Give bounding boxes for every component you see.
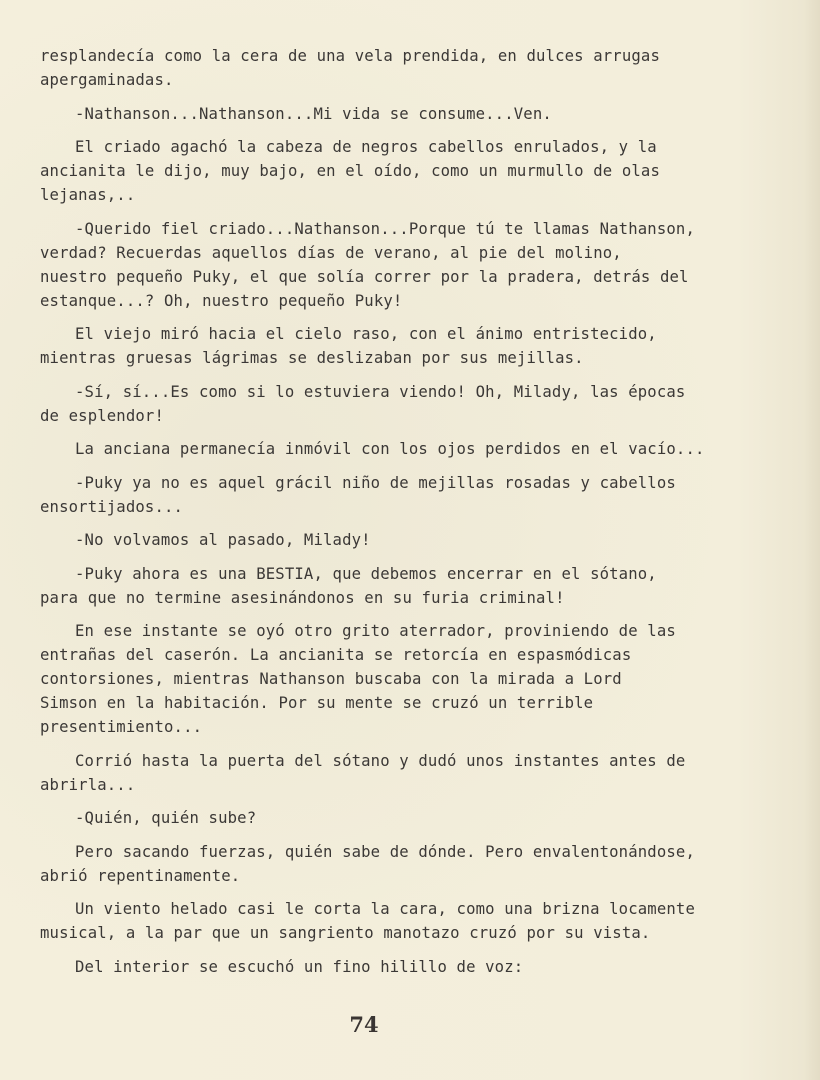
- text-line: Simson en la habitación. Por su mente se…: [40, 691, 815, 715]
- text-line: abrirla...: [40, 773, 815, 797]
- paragraph: Del interior se escuchó un fino hilillo …: [40, 955, 815, 979]
- paragraph: -Puky ahora es una BESTIA, que debemos e…: [40, 562, 815, 610]
- text-line: El criado agachó la cabeza de negros cab…: [40, 135, 815, 159]
- text-line: -Puky ahora es una BESTIA, que debemos e…: [40, 562, 815, 586]
- text-line: abrió repentinamente.: [40, 864, 815, 888]
- text-line: En ese instante se oyó otro grito aterra…: [40, 619, 815, 643]
- paragraph: Corrió hasta la puerta del sótano y dudó…: [40, 749, 815, 797]
- paragraph: En ese instante se oyó otro grito aterra…: [40, 619, 815, 739]
- text-line: -Sí, sí...Es como si lo estuviera viendo…: [40, 380, 815, 404]
- text-line: lejanas,..: [40, 183, 815, 207]
- text-line: El viejo miró hacia el cielo raso, con e…: [40, 322, 815, 346]
- paragraph: -Querido fiel criado...Nathanson...Porqu…: [40, 217, 815, 313]
- page-number: 74: [0, 1012, 728, 1037]
- text-line: estanque...? Oh, nuestro pequeño Puky!: [40, 289, 815, 313]
- text-line: resplandecía como la cera de una vela pr…: [40, 44, 815, 68]
- text-line: verdad? Recuerdas aquellos días de veran…: [40, 241, 815, 265]
- text-line: contorsiones, mientras Nathanson buscaba…: [40, 667, 815, 691]
- paragraph: -Nathanson...Nathanson...Mi vida se cons…: [40, 102, 815, 126]
- text-line: Del interior se escuchó un fino hilillo …: [40, 955, 815, 979]
- text-line: -Querido fiel criado...Nathanson...Porqu…: [40, 217, 815, 241]
- text-line: entrañas del caserón. La ancianita se re…: [40, 643, 815, 667]
- scanned-page: resplandecía como la cera de una vela pr…: [0, 0, 820, 1080]
- paragraph: -Sí, sí...Es como si lo estuviera viendo…: [40, 380, 815, 428]
- paragraph: -Puky ya no es aquel grácil niño de meji…: [40, 471, 815, 519]
- text-line: apergaminadas.: [40, 68, 815, 92]
- text-line: de esplendor!: [40, 404, 815, 428]
- text-line: -Quién, quién sube?: [40, 806, 815, 830]
- paragraph: Pero sacando fuerzas, quién sabe de dónd…: [40, 840, 815, 888]
- paragraph: -Quién, quién sube?: [40, 806, 815, 830]
- text-line: ensortijados...: [40, 495, 815, 519]
- text-line: musical, a la par que un sangriento mano…: [40, 921, 815, 945]
- text-line: Un viento helado casi le corta la cara, …: [40, 897, 815, 921]
- text-line: ancianita le dijo, muy bajo, en el oído,…: [40, 159, 815, 183]
- text-line: nuestro pequeño Puky, el que solía corre…: [40, 265, 815, 289]
- text-line: -Nathanson...Nathanson...Mi vida se cons…: [40, 102, 815, 126]
- paragraph: El viejo miró hacia el cielo raso, con e…: [40, 322, 815, 370]
- text-line: -No volvamos al pasado, Milady!: [40, 528, 815, 552]
- text-line: Corrió hasta la puerta del sótano y dudó…: [40, 749, 815, 773]
- paragraph: -No volvamos al pasado, Milady!: [40, 528, 815, 552]
- text-line: presentimiento...: [40, 715, 815, 739]
- text-line: -Puky ya no es aquel grácil niño de meji…: [40, 471, 815, 495]
- paragraph: resplandecía como la cera de una vela pr…: [40, 44, 815, 92]
- body-text: resplandecía como la cera de una vela pr…: [40, 44, 815, 988]
- paragraph: Un viento helado casi le corta la cara, …: [40, 897, 815, 945]
- paragraph: El criado agachó la cabeza de negros cab…: [40, 135, 815, 207]
- text-line: para que no termine asesinándonos en su …: [40, 586, 815, 610]
- text-line: mientras gruesas lágrimas se deslizaban …: [40, 346, 815, 370]
- paragraph: La anciana permanecía inmóvil con los oj…: [40, 437, 815, 461]
- text-line: La anciana permanecía inmóvil con los oj…: [40, 437, 815, 461]
- text-line: Pero sacando fuerzas, quién sabe de dónd…: [40, 840, 815, 864]
